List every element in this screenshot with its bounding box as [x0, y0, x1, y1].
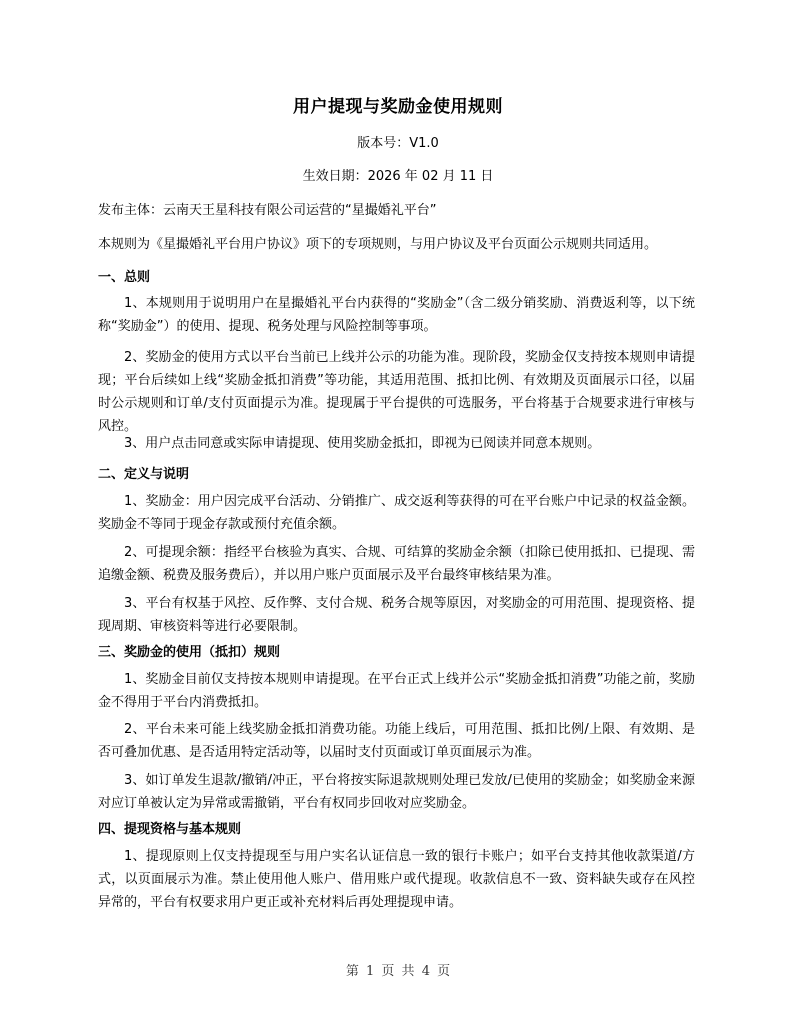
- paragraph: 1、本规则用于说明用户在星撮婚礼平台内获得的“奖励金”（含二级分销奖励、消费返利…: [98, 292, 695, 338]
- section-heading-general: 一、总则: [98, 266, 150, 285]
- effective-date: 生效日期：2026 年 02 月 11 日: [98, 165, 698, 184]
- paragraph: 3、平台有权基于风控、反作弊、支付合规、税务合规等原因，对奖励金的可用范围、提现…: [98, 592, 695, 638]
- paragraph: 2、可提现余额：指经平台核验为真实、合规、可结算的奖励金余额（扣除已使用抵扣、已…: [98, 541, 695, 587]
- section-heading-usage: 三、奖励金的使用（抵扣）规则: [98, 641, 280, 660]
- publisher-line: 发布主体：云南天王星科技有限公司运营的“星撮婚礼平台”: [98, 199, 436, 218]
- page-footer: 第 1 页 共 4 页: [98, 960, 698, 979]
- version-label: 版本号：V1.0: [98, 132, 698, 151]
- paragraph: 2、奖励金的使用方式以平台当前已上线并公示的功能为准。现阶段，奖励金仅支持按本规…: [98, 346, 695, 438]
- section-heading-withdrawal: 四、提现资格与基本规则: [98, 818, 241, 837]
- paragraph: 1、奖励金：用户因完成平台活动、分销推广、成交返利等获得的可在平台账户中记录的权…: [98, 490, 695, 536]
- intro-line: 本规则为《星撮婚礼平台用户协议》项下的专项规则，与用户协议及平台页面公示规则共同…: [98, 233, 657, 252]
- document-title: 用户提现与奖励金使用规则: [98, 92, 698, 117]
- paragraph: 3、如订单发生退款/撤销/冲正，平台将按实际退款规则处理已发放/已使用的奖励金；…: [98, 769, 695, 815]
- paragraph: 2、平台未来可能上线奖励金抵扣消费功能。功能上线后，可用范围、抵扣比例/上限、有…: [98, 718, 695, 764]
- section-heading-definitions: 二、定义与说明: [98, 463, 189, 482]
- paragraph: 1、奖励金目前仅支持按本规则申请提现。在平台正式上线并公示“奖励金抵扣消费”功能…: [98, 668, 695, 714]
- paragraph: 3、用户点击同意或实际申请提现、使用奖励金抵扣，即视为已阅读并同意本规则。: [98, 432, 695, 455]
- paragraph: 1、提现原则上仅支持提现至与用户实名认证信息一致的银行卡账户；如平台支持其他收款…: [98, 845, 695, 914]
